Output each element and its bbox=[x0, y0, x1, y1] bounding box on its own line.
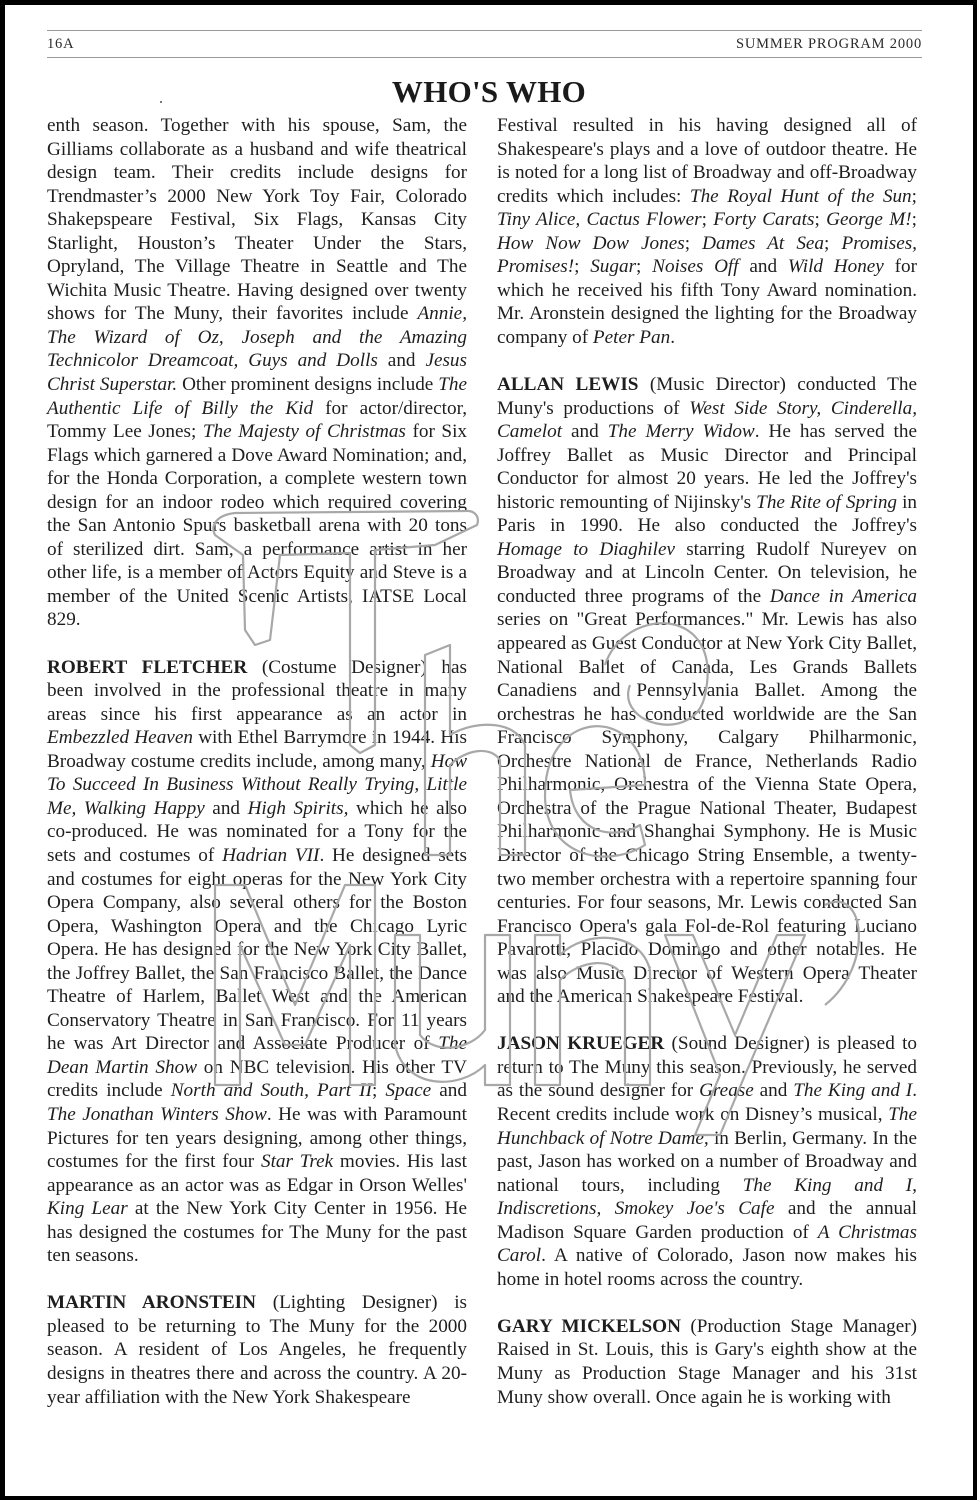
bio-entry: ALLAN LEWIS (Music Director) conducted T… bbox=[497, 373, 917, 1009]
work-title: King Lear bbox=[47, 1198, 128, 1219]
work-title: Homage to Diaghilev bbox=[497, 539, 675, 560]
work-title: Noises Off bbox=[652, 256, 738, 277]
bio-entry: GARY MICKELSON (Production Stage Manager… bbox=[497, 1315, 917, 1409]
work-title: The Merry Widow bbox=[608, 421, 755, 442]
work-title: Peter Pan bbox=[593, 327, 670, 348]
bio-text: Other prominent designs include bbox=[177, 374, 438, 395]
bio-name: ALLAN LEWIS bbox=[497, 374, 638, 395]
work-title: High Spirits, bbox=[248, 798, 349, 819]
bio-text: ; bbox=[636, 256, 652, 277]
program-page: 16A SUMMER PROGRAM 2000 WHO'S WHO enth s… bbox=[5, 5, 973, 1496]
work-title: The Jonathan Winters Show bbox=[47, 1104, 267, 1125]
bio-text: . He designed sets and costumes for eigh… bbox=[47, 845, 467, 1054]
running-header: 16A SUMMER PROGRAM 2000 bbox=[47, 30, 922, 58]
bio-text: series on "Great Performances." Mr. Lewi… bbox=[497, 609, 917, 1007]
work-title: The Royal Hunt of the Sun bbox=[690, 186, 912, 207]
work-title: Dames At Sea bbox=[702, 233, 824, 254]
bio-text: and bbox=[205, 798, 248, 819]
work-title: Sugar bbox=[590, 256, 636, 277]
page-title: WHO'S WHO bbox=[5, 74, 973, 110]
publication-title: SUMMER PROGRAM 2000 bbox=[736, 36, 922, 53]
bio-continuation: enth season. Together with his spouse, S… bbox=[47, 114, 467, 632]
bio-text: and bbox=[562, 421, 608, 442]
bio-name: MARTIN ARONSTEIN bbox=[47, 1292, 256, 1313]
right-column: Festival resulted in his having designed… bbox=[497, 114, 917, 1409]
work-title: How Now Dow Jones bbox=[497, 233, 685, 254]
work-title: Wild Honey bbox=[788, 256, 884, 277]
work-title: Forty Carats bbox=[713, 209, 814, 230]
work-title: The Majesty of Christmas bbox=[203, 421, 406, 442]
bio-text: enth season. Together with his spouse, S… bbox=[47, 115, 467, 324]
bio-text: for Six Flags which garnered a Dove Awar… bbox=[47, 421, 467, 630]
bio-text: ; bbox=[685, 233, 702, 254]
bio-text: ; bbox=[814, 209, 826, 230]
bio-text: ; bbox=[372, 1080, 385, 1101]
bio-text: and bbox=[378, 350, 426, 371]
bio-entry: MARTIN ARONSTEIN (Lighting Designer) is … bbox=[47, 1291, 467, 1409]
left-column: enth season. Together with his spouse, S… bbox=[47, 114, 467, 1409]
work-title: George M! bbox=[826, 209, 912, 230]
work-title: Grease bbox=[699, 1080, 754, 1101]
bio-name: JASON KRUEGER bbox=[497, 1033, 664, 1054]
bio-text: . A native of Colorado, Jason now makes … bbox=[497, 1245, 917, 1290]
work-title: Dance in America bbox=[770, 586, 917, 607]
bio-text: . bbox=[670, 327, 675, 348]
work-title: Space bbox=[385, 1080, 431, 1101]
work-title: Tiny Alice, Cactus Flower bbox=[497, 209, 702, 230]
bio-text: ; bbox=[824, 233, 841, 254]
bio-entry: JASON KRUEGER (Sound Designer) is please… bbox=[497, 1032, 917, 1291]
bio-text: and bbox=[431, 1080, 467, 1101]
bio-name: GARY MICKELSON bbox=[497, 1316, 681, 1337]
bio-text: ; bbox=[574, 256, 590, 277]
bio-entry: ROBERT FLETCHER (Costume Designer) has b… bbox=[47, 656, 467, 1268]
work-title: Embezzled Heaven bbox=[47, 727, 193, 748]
page-number: 16A bbox=[47, 36, 74, 53]
bio-text: and bbox=[739, 256, 788, 277]
work-title: The Rite of Spring bbox=[756, 492, 897, 513]
work-title: North and South, Part II bbox=[171, 1080, 372, 1101]
work-title: Hadrian VII bbox=[222, 845, 319, 866]
bio-text: ; bbox=[702, 209, 714, 230]
bio-text: ; bbox=[912, 209, 917, 230]
bio-continuation: Festival resulted in his having designed… bbox=[497, 114, 917, 349]
bio-text: and bbox=[754, 1080, 793, 1101]
print-speck bbox=[160, 101, 162, 103]
work-title: The King and I bbox=[793, 1080, 912, 1101]
bio-text: ; bbox=[912, 186, 917, 207]
work-title: Star Trek bbox=[261, 1151, 333, 1172]
bio-name: ROBERT FLETCHER bbox=[47, 657, 247, 678]
